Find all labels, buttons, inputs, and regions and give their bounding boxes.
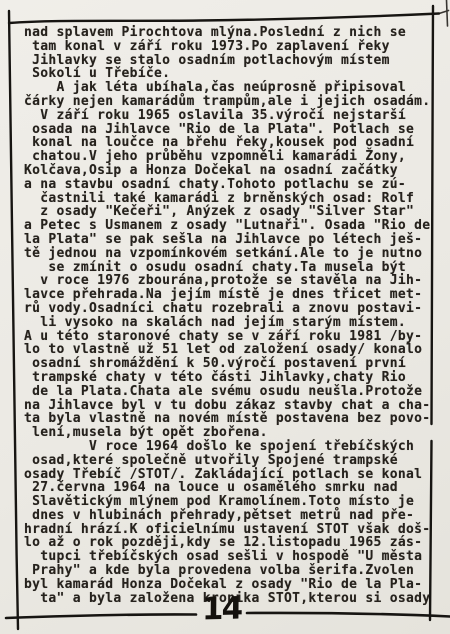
text-line: osadní shromáždění k 50.výročí postavení… [24,357,430,371]
text-line: Jihlavky se stalo osadním potlachovým mí… [24,54,430,68]
text-line: lení,musela být opět zbořena. [24,426,430,440]
text-line: a Petec s Usmanem z osady "Lutnaři". Osa… [24,219,430,233]
border-left [9,11,18,629]
text-line: ta byla vlastně na novém místě postavena… [24,412,430,426]
text-line: byl kamarád Honza Dočekal z osady "Rio d… [24,578,430,592]
text-line: trampské chaty v této části Jihlavky,cha… [24,371,430,385]
text-line: osady Třebíč /STOT/. Zakládající potlach… [24,468,430,482]
text-line: na Jihlavce byl v tu dobu zákaz stavby c… [24,399,430,413]
text-line: a na stavbu osadní chaty.Tohoto potlachu… [24,178,430,192]
text-line: rů vody.Osadníci chatu rozebrali a znovu… [24,302,430,316]
border-right [430,6,433,620]
text-line: A jak léta ubíhala,čas neúprosně připiso… [24,81,430,95]
text-line: V roce 1964 došlo ke spojení třebíčských [24,440,430,454]
page-number: 14 [202,590,241,627]
text-line: tě jednou na vzpomínkovém setkání.Ale to… [24,247,430,261]
border-top [9,14,439,24]
scanned-page: nad splavem Pirochtova mlýna.Poslední z … [0,0,450,634]
text-line: dnes v hlubinách přehrady,pětset metrů n… [24,509,430,523]
text-line: la Plata" se pak sešla na Jihlavce po lé… [24,233,430,247]
border-bottom-left [6,614,196,618]
text-line: Kolčava,Osip a Honza Dočekal na osadní z… [24,164,430,178]
text-line: osada na Jihlavce "Rio de la Plata". Pot… [24,123,430,137]
text-line: chatou.V jeho průběhu vzpomněli kamarádi… [24,150,430,164]
text-line: čárky nejen kamarádům trampům,ale i jeji… [24,95,430,109]
text-line: lavce přehrada.Na jejím místě je dnes tř… [24,288,430,302]
page-edge-mark [439,0,449,26]
text-line: tupci třebíčských osad sešli v hospodě "… [24,550,430,564]
border-bottom-right [247,613,450,617]
text-line: osad,které společně utvořily Spojené tra… [24,454,430,468]
text-line: lo to vlastně už 51 let od založení osad… [24,343,430,357]
text-line: V září roku 1965 oslavila 35.výročí nejs… [24,109,430,123]
text-line: A u této staronové chaty se v září roku … [24,330,430,344]
text-line: Slavětickým mlýnem pod Kramolínem.Toto m… [24,495,430,509]
text-line: nad splavem Pirochtova mlýna.Poslední z … [24,26,430,40]
text-line: li vysoko na skalách nad jejím starým mí… [24,316,430,330]
typewritten-text: nad splavem Pirochtova mlýna.Poslední z … [24,26,430,605]
text-line: tam konal v září roku 1973.Po zaplavení … [24,40,430,54]
text-line: de la Plata.Chata ale svému osudu neušla… [24,385,430,399]
text-line: Prahy" a kde byla provedena volba šerifa… [24,564,430,578]
